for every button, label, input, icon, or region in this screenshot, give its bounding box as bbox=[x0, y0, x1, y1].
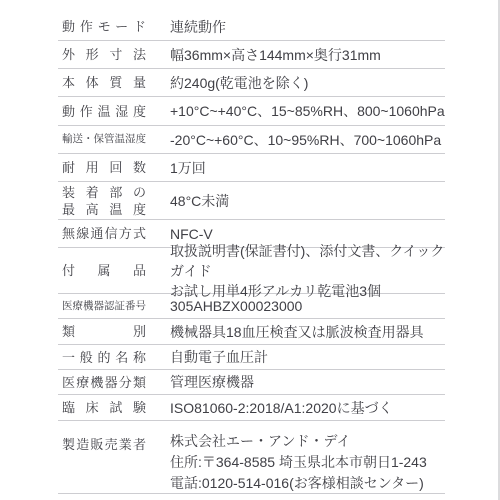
spec-label: 本体質量 bbox=[62, 74, 146, 91]
spec-row-weight: 本体質量 約240g(乾電池を除く) bbox=[58, 69, 445, 97]
spec-label: 一般的名称 bbox=[62, 349, 146, 366]
spec-label: 臨床試験 bbox=[62, 399, 146, 416]
spec-value: -20°C~+60°C、10~95%RH、700~1060hPa bbox=[170, 130, 445, 150]
spec-label-cell: 医療機器分類 bbox=[58, 374, 170, 391]
spec-value: 取扱説明書(保証書付)、添付文書、クイックガイド お試し用単4形アルカリ乾電池3… bbox=[170, 241, 445, 301]
spec-value-line3: 電話:0120-514-016(お客様相談センター) bbox=[170, 473, 445, 494]
spec-label-cell: 無線通信方式 bbox=[58, 225, 170, 242]
spec-label-line2: 最高温度 bbox=[62, 201, 146, 218]
spec-value-line2: 住所:〒364-8585 埼玉県北本市朝日1-243 bbox=[170, 452, 445, 473]
spec-row-device-class: 医療機器分類 管理医療機器 bbox=[58, 370, 445, 395]
spec-label: 動作温湿度 bbox=[62, 103, 146, 120]
spec-label-cell: 輸送・保管温湿度 bbox=[58, 131, 170, 148]
spec-label: 医療機器認証番号 bbox=[62, 298, 146, 315]
spec-label: 医療機器分類 bbox=[62, 374, 146, 391]
spec-value: 連続動作 bbox=[170, 17, 445, 37]
spec-label-cell: 一般的名称 bbox=[58, 349, 170, 366]
spec-row-clinical-test: 臨床試験 ISO81060-2:2018/A1:2020に基づく bbox=[58, 395, 445, 421]
spec-row-manufacturer: 製造販売業者 株式会社エー・アンド・デイ 住所:〒364-8585 埼玉県北本市… bbox=[58, 421, 445, 494]
spec-row-operating-conditions: 動作温湿度 +10°C~+40°C、15~85%RH、800~1060hPa bbox=[58, 97, 445, 126]
spec-label-cell: 臨床試験 bbox=[58, 399, 170, 416]
spec-label: 付属品 bbox=[62, 262, 146, 279]
spec-label-cell: 医療機器認証番号 bbox=[58, 298, 170, 315]
spec-table: 動作モード 連続動作 外形寸法 幅36mm×高さ144mm×奥行31mm 本体質… bbox=[58, 13, 445, 494]
spec-label-cell: 動作温湿度 bbox=[58, 103, 170, 120]
spec-row-accessories: 付属品 取扱説明書(保証書付)、添付文書、クイックガイド お試し用単4形アルカリ… bbox=[58, 248, 445, 294]
spec-label-cell: 付属品 bbox=[58, 262, 170, 279]
spec-value: 株式会社エー・アンド・デイ 住所:〒364-8585 埼玉県北本市朝日1-243… bbox=[170, 421, 445, 494]
spec-row-storage-conditions: 輸送・保管温湿度 -20°C~+60°C、10~95%RH、700~1060hP… bbox=[58, 126, 445, 154]
spec-label: 類別 bbox=[62, 323, 146, 340]
spec-value: 305AHBZX00023000 bbox=[170, 296, 445, 316]
spec-value: 自動電子血圧計 bbox=[170, 347, 445, 367]
spec-label: 外形寸法 bbox=[62, 46, 146, 63]
spec-row-durability: 耐用回数 1万回 bbox=[58, 154, 445, 182]
spec-value: 幅36mm×高さ144mm×奥行31mm bbox=[170, 45, 445, 65]
spec-label: 製造販売業者 bbox=[62, 436, 146, 453]
spec-label-cell: 本体質量 bbox=[58, 74, 170, 91]
spec-row-max-temperature: 装着部の 最高温度 48°C未満 bbox=[58, 182, 445, 220]
spec-value: 約240g(乾電池を除く) bbox=[170, 73, 445, 93]
spec-label: 輸送・保管温湿度 bbox=[62, 131, 146, 148]
spec-value: 管理医療機器 bbox=[170, 372, 445, 392]
spec-label-cell: 外形寸法 bbox=[58, 46, 170, 63]
product-spec-page: 動作モード 連続動作 外形寸法 幅36mm×高さ144mm×奥行31mm 本体質… bbox=[0, 0, 500, 500]
spec-label-cell: 動作モード bbox=[58, 18, 170, 35]
spec-value: ISO81060-2:2018/A1:2020に基づく bbox=[170, 398, 445, 418]
spec-row-dimensions: 外形寸法 幅36mm×高さ144mm×奥行31mm bbox=[58, 41, 445, 69]
spec-label: 無線通信方式 bbox=[62, 225, 146, 242]
spec-row-classification: 類別 機械器具18血圧検査又は脈波検査用器具 bbox=[58, 319, 445, 345]
spec-value-line1: 取扱説明書(保証書付)、添付文書、クイックガイド bbox=[170, 241, 445, 281]
spec-value-line1: 株式会社エー・アンド・デイ bbox=[170, 431, 445, 452]
spec-label-line1: 装着部の bbox=[62, 184, 146, 201]
spec-label-cell: 耐用回数 bbox=[58, 159, 170, 176]
spec-value: 48°C未満 bbox=[170, 191, 445, 211]
spec-label: 動作モード bbox=[62, 18, 146, 35]
spec-label-cell: 製造販売業者 bbox=[58, 421, 170, 453]
spec-row-certification-number: 医療機器認証番号 305AHBZX00023000 bbox=[58, 294, 445, 319]
spec-value: 1万回 bbox=[170, 158, 445, 178]
spec-label: 耐用回数 bbox=[62, 159, 146, 176]
spec-label-cell: 装着部の 最高温度 bbox=[58, 184, 170, 218]
spec-label-cell: 類別 bbox=[58, 323, 170, 340]
spec-row-operation-mode: 動作モード 連続動作 bbox=[58, 13, 445, 41]
spec-value: +10°C~+40°C、15~85%RH、800~1060hPa bbox=[170, 101, 445, 121]
spec-row-generic-name: 一般的名称 自動電子血圧計 bbox=[58, 345, 445, 370]
spec-value: 機械器具18血圧検査又は脈波検査用器具 bbox=[170, 322, 445, 342]
